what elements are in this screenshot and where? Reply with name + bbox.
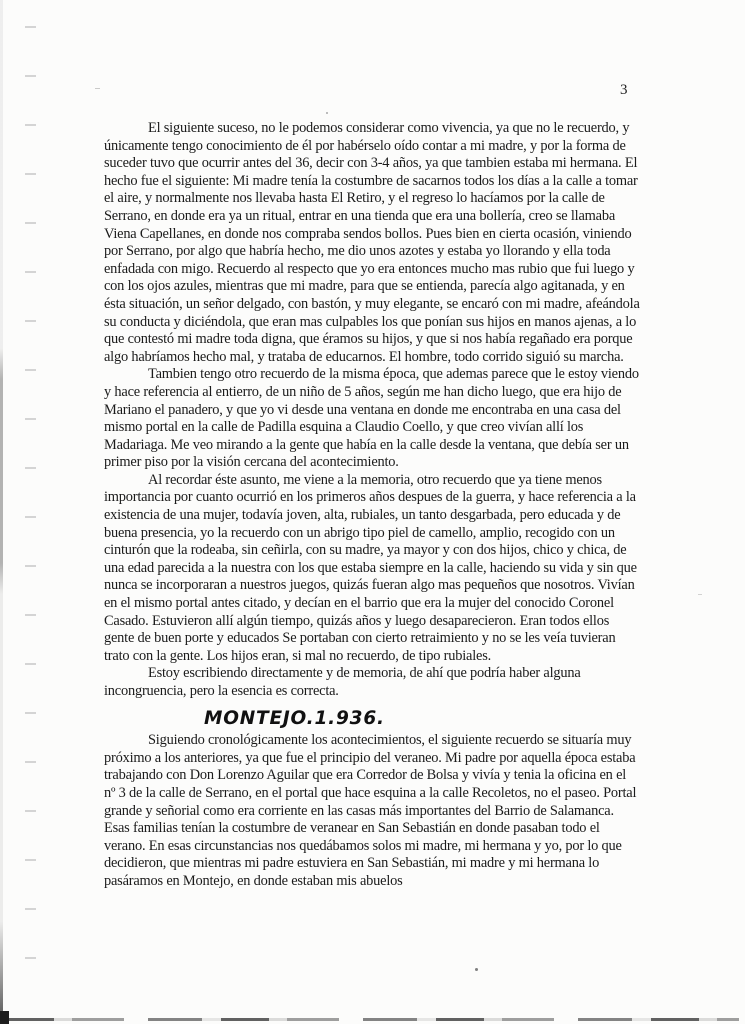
scan-artifact-left-edge-streak	[0, 0, 3, 1024]
paragraph: Siguiendo cronológicamente los acontecim…	[104, 732, 640, 890]
scan-artifact-corner-mark	[0, 1011, 9, 1024]
page-number: 3	[620, 82, 628, 99]
section-heading: MONTEJO.1.936.	[204, 710, 640, 728]
paragraph: Al recordar éste asunto, me viene a la m…	[104, 472, 640, 666]
scan-artifact-speck	[698, 594, 702, 595]
paragraph: Tambien tengo otro recuerdo de la misma …	[104, 366, 640, 472]
scan-artifact-margin-dashes	[25, 26, 36, 986]
document-body: El siguiente suceso, no le podemos consi…	[104, 120, 640, 891]
paragraph: El siguiente suceso, no le podemos consi…	[104, 120, 640, 366]
scan-artifact-bottom-broken-line	[6, 1018, 739, 1021]
scanned-page: 3 El siguiente suceso, no le podemos con…	[0, 0, 745, 1024]
scan-artifact-speck	[326, 112, 328, 114]
scan-artifact-speck	[475, 968, 478, 971]
paragraph: Estoy escribiendo directamente y de memo…	[104, 665, 640, 700]
scan-artifact-speck	[95, 88, 100, 89]
